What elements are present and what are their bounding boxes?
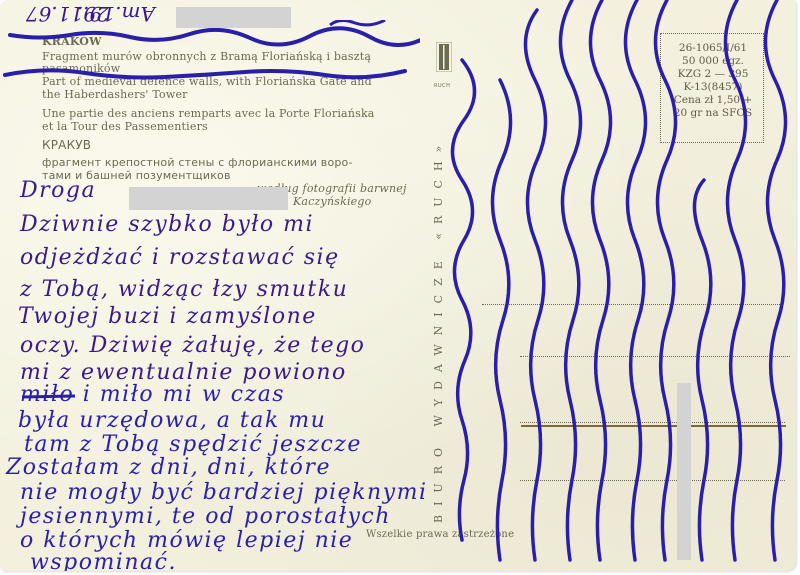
upside-down-handwriting [0, 20, 420, 90]
hand-line-11: nie mogły być bardziej pięknymi [20, 480, 428, 505]
hand-line-5: oczy. Dziwię żałuję, że tego [20, 333, 365, 358]
hand-line-10: Zostałam z dni, dni, które [6, 455, 331, 480]
caption-fr-2: et la Tour des Passementiers [42, 121, 208, 133]
hand-line-3: z Tobą, widząc łzy smutku [20, 277, 348, 302]
hand-line-1: Dziwnie szybko było mi [20, 212, 314, 237]
hand-line-14: wspominać. [30, 550, 177, 571]
hand-line-0: Droga [20, 178, 96, 203]
postcard-back: KRAKÓW Fragment murów obronnych z Bramą … [0, 0, 796, 571]
hand-line-2: odjeżdżać i rozstawać się [20, 245, 340, 270]
caption-fr-1: Une partie des anciens remparts avec la … [42, 108, 375, 120]
caption-en-2: the Haberdashers' Tower [42, 89, 188, 101]
hand-line-4: Twojej buzi i zamyślone [18, 304, 317, 329]
hand-line-9: tam z Tobą spędzić jeszcze [24, 432, 362, 457]
title-ru: КРАКУВ [42, 139, 91, 151]
redaction-recipient [129, 187, 288, 210]
photo-credit-2: Kaczyńskiego [293, 196, 371, 208]
hand-line-12: jesiennymi, te od porostałych [20, 504, 391, 529]
caption-ru-1: фрагмент крепостной стены с флорианскими… [42, 157, 353, 169]
redaction-top [176, 7, 291, 28]
vertical-handwriting [440, 0, 796, 571]
strikethrough-mark [20, 392, 80, 402]
redaction-address [677, 383, 691, 560]
hand-line-8: była urzędowa, a tak mu [18, 408, 326, 433]
